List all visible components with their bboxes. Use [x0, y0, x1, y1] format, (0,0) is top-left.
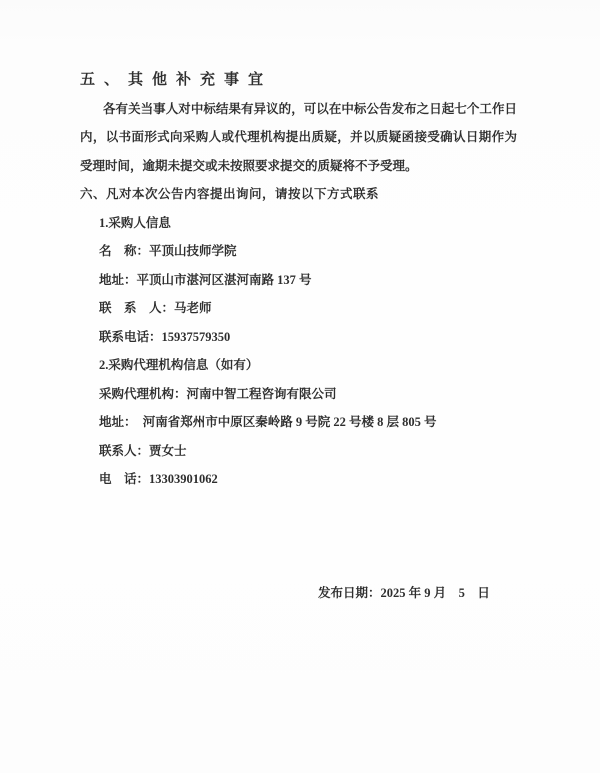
agency-contact-line: 联系人：贾女士: [99, 437, 517, 466]
document-content: 五、其他补充事宜 各有关当事人对中标结果有异议的，可以在中标公告发布之日起七个工…: [0, 0, 600, 608]
agency-info-title: 2.采购代理机构信息（如有）: [99, 351, 517, 380]
document-page: 五、其他补充事宜 各有关当事人对中标结果有异议的，可以在中标公告发布之日起七个工…: [0, 0, 600, 773]
agency-address-line: 地址： 河南省郑州市中原区秦岭路 9 号院 22 号楼 8 层 805 号: [99, 408, 517, 437]
purchaser-name-line: 名 称：平顶山技师学院: [99, 237, 517, 266]
purchaser-address-line: 地址：平顶山市湛河区湛河南路 137 号: [99, 266, 517, 295]
section-5-heading: 五、其他补充事宜: [80, 66, 517, 95]
section-5-paragraph: 各有关当事人对中标结果有异议的，可以在中标公告发布之日起七个工作日内，以书面形式…: [80, 95, 517, 181]
section-6-heading: 六、凡对本次公告内容提出询问，请按以下方式联系: [80, 180, 517, 209]
agency-name-line: 采购代理机构：河南中智工程咨询有限公司: [99, 380, 517, 409]
publish-date: 发布日期：2025 年 9 月 5 日: [318, 579, 517, 608]
purchaser-contact-line: 联 系 人：马老师: [99, 294, 517, 323]
purchaser-phone-line: 联系电话：15937579350: [99, 323, 517, 352]
purchaser-info-title: 1.采购人信息: [99, 209, 517, 238]
agency-phone-line: 电 话：13303901062: [99, 465, 517, 494]
